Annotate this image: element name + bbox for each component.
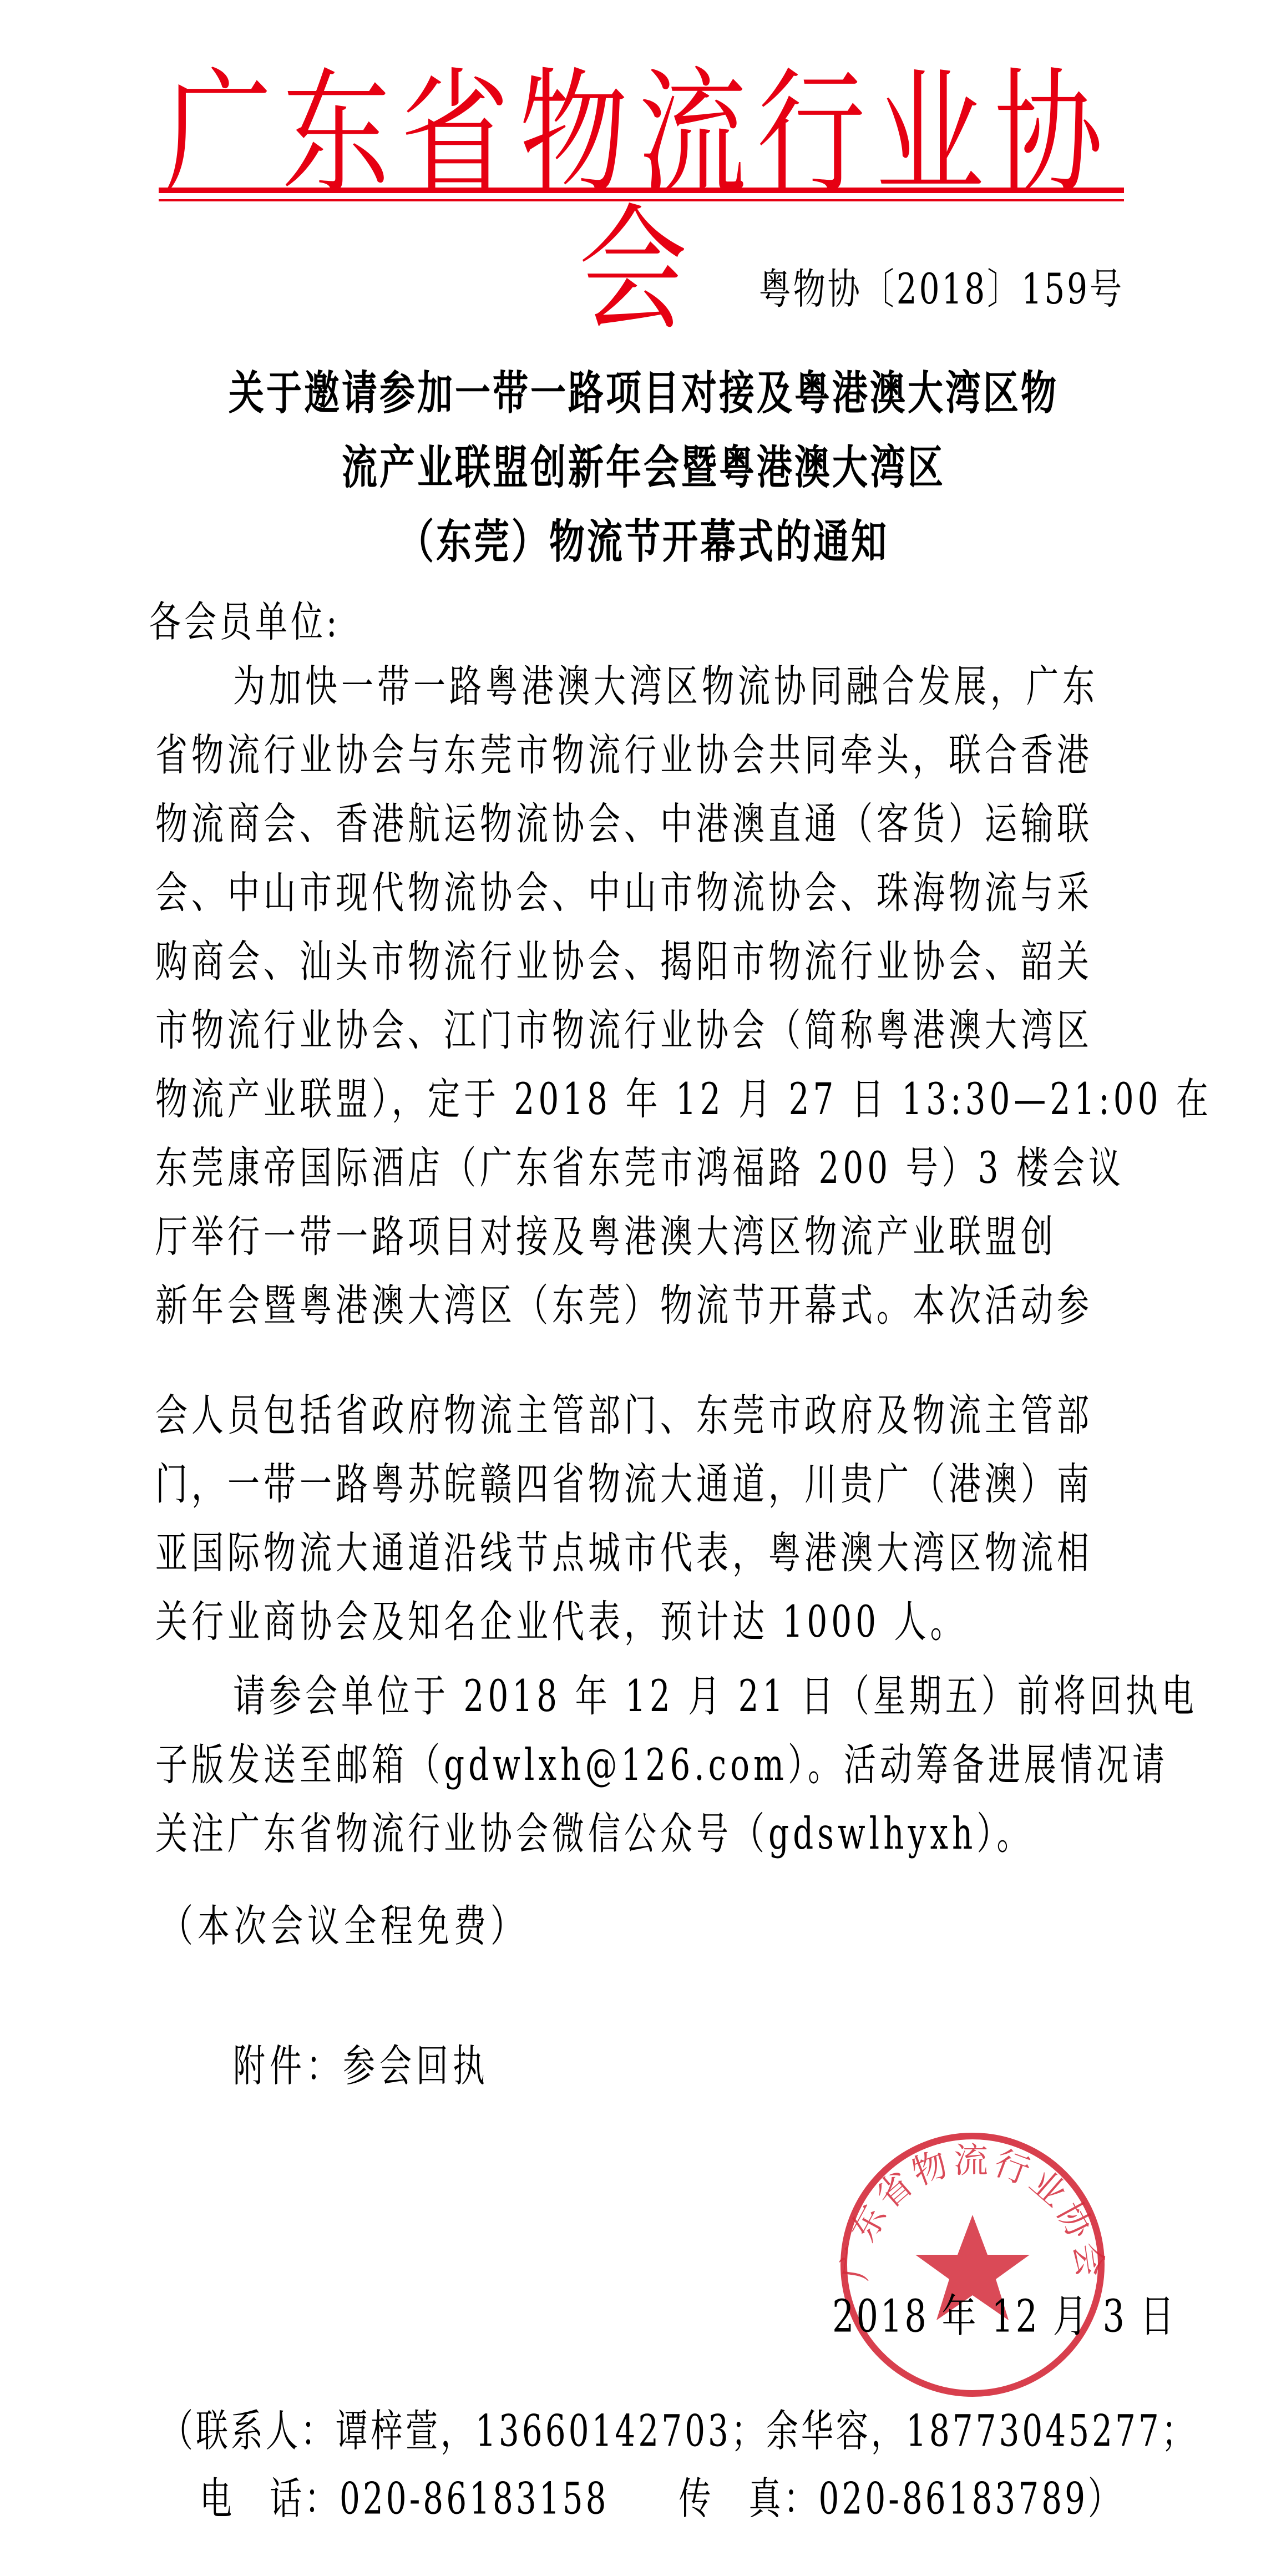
- body-line: 会、中山市现代物流协会、中山市物流协会、珠海物流与采: [155, 871, 1132, 914]
- attachment-label: 附件：参会回执: [233, 2031, 489, 2093]
- notice-title-line-1: 关于邀请参加一带一路项目对接及粤港澳大湾区物: [155, 371, 1132, 417]
- letterhead-rule-thin: [159, 199, 1124, 201]
- contact-phone-fax: 电 话：020-86183158 传 真：020-86183789）: [200, 2463, 1123, 2526]
- body-line: 厅举行一带一路项目对接及粤港澳大湾区物流产业联盟创: [155, 1215, 1132, 1258]
- official-seal-icon: 广东省物流行业协会: [837, 2126, 1108, 2403]
- free-of-charge-note: （本次会议全程免费）: [161, 1891, 527, 1953]
- body-line: 请参会单位于 2018 年 12 月 21 日（星期五）前将回执电: [233, 1674, 1209, 1718]
- signature-date: 2018 年 12 月 3 日: [832, 2280, 1177, 2345]
- letterhead-rule-thick: [159, 188, 1124, 193]
- body-line: 物流产业联盟），定于 2018 年 12 月 27 日 13:30—21:00 …: [155, 1077, 1132, 1121]
- body-line: 门，一带一路粤苏皖赣四省物流大通道，川贵广（港澳）南: [155, 1462, 1132, 1506]
- body-line: 亚国际物流大通道沿线节点城市代表，粤港澳大湾区物流相: [155, 1531, 1132, 1575]
- notice-title-line-2: 流产业联盟创新年会暨粤港澳大湾区: [155, 445, 1132, 491]
- body-line: 为加快一带一路粤港澳大湾区物流协同融合发展，广东: [233, 665, 1209, 708]
- body-line: 省物流行业协会与东莞市物流行业协会共同牵头，联合香港: [155, 733, 1132, 777]
- document-page: 广东省物流行业协会 粤物协〔2018〕159号 关于邀请参加一带一路项目对接及粤…: [0, 0, 1271, 2576]
- salutation: 各会员单位:: [149, 588, 341, 649]
- body-line: 购商会、汕头市物流行业协会、揭阳市物流行业协会、韶关: [155, 940, 1132, 983]
- body-line: 会人员包括省政府物流主管部门、东莞市政府及物流主管部: [155, 1394, 1132, 1437]
- contact-persons: （联系人：谭梓萱，13660142703；余华容，18773045277；: [161, 2396, 1197, 2458]
- body-line: 物流商会、香港航运物流协会、中港澳直通（客货）运输联: [155, 802, 1132, 846]
- notice-title-line-3: （东莞）物流节开幕式的通知: [155, 519, 1132, 565]
- document-number: 粤物协〔2018〕159号: [759, 255, 1124, 316]
- body-line: 关注广东省物流行业协会微信公众号（gdswlhyxh）。: [155, 1812, 1132, 1855]
- body-line: 子版发送至邮箱（gdwlxh@126.com）。活动筹备进展情况请: [155, 1743, 1132, 1787]
- body-line: 新年会暨粤港澳大湾区（东莞）物流节开幕式。本次活动参: [155, 1284, 1132, 1327]
- body-line: 市物流行业协会、江门市物流行业协会（简称粤港澳大湾区: [155, 1009, 1132, 1052]
- body-line: 东莞康帝国际酒店（广东省东莞市鸿福路 200 号）3 楼会议: [155, 1146, 1132, 1190]
- body-line: 关行业商协会及知名企业代表，预计达 1000 人。: [155, 1600, 1132, 1643]
